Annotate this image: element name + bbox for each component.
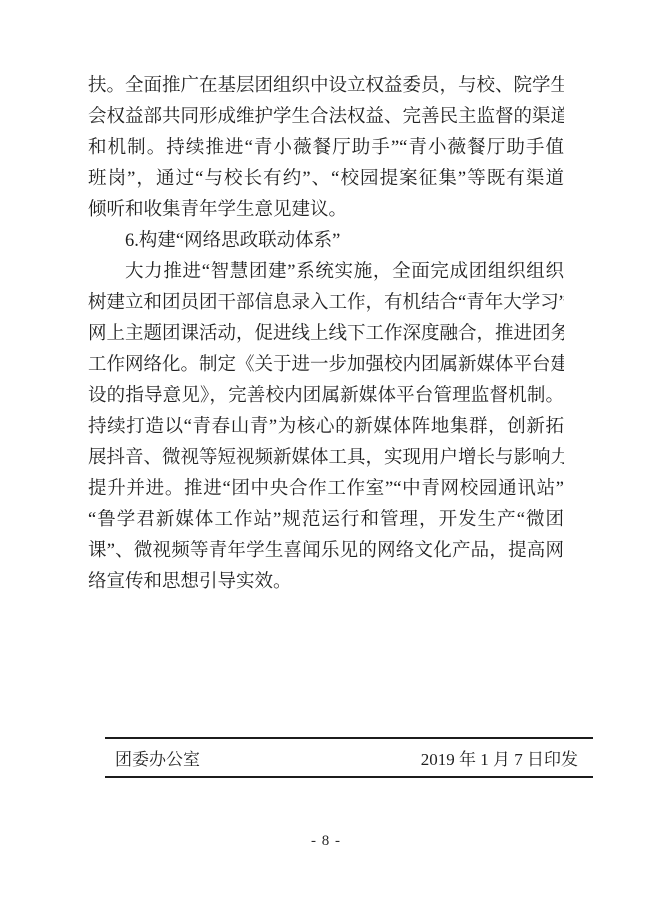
footer-rule-bottom — [105, 776, 593, 778]
body-line: 络宣传和思想引导实效。 — [88, 567, 564, 598]
page-number: - 8 - — [0, 833, 652, 850]
body-line: 扶。全面推广在基层团组织中设立权益委员，与校、院学生 — [88, 71, 564, 102]
body-line: 课”、微视频等青年学生喜闻乐见的网络文化产品，提高网 — [88, 536, 564, 567]
body-line: 展抖音、微视等短视频新媒体工具，实现用户增长与影响力 — [88, 443, 564, 474]
body-line: 网上主题团课活动，促进线上线下工作深度融合，推进团务 — [88, 319, 564, 350]
body-line: 会权益部共同形成维护学生合法权益、完善民主监督的渠道 — [88, 102, 564, 133]
document-page: 扶。全面推广在基层团组织中设立权益委员，与校、院学生 会权益部共同形成维护学生合… — [0, 0, 652, 921]
body-line: 倾听和收集青年学生意见建议。 — [88, 195, 564, 226]
document-body: 扶。全面推广在基层团组织中设立权益委员，与校、院学生 会权益部共同形成维护学生合… — [88, 71, 564, 598]
section-heading-6: 6.构建“网络思政联动体系” — [88, 226, 564, 257]
body-line: 大力推进“智慧团建”系统实施，全面完成团组织组织 — [88, 257, 564, 288]
body-line: 设的指导意见》，完善校内团属新媒体平台管理监督机制。 — [88, 381, 564, 412]
footer-print-date: 2019 年 1 月 7 日印发 — [421, 745, 578, 770]
body-line: 工作网络化。制定《关于进一步加强校内团属新媒体平台建 — [88, 350, 564, 381]
footer-row: 团委办公室 2019 年 1 月 7 日印发 — [105, 739, 593, 776]
body-line: 和机制。持续推进“青小薇餐厅助手”“青小薇餐厅助手值 — [88, 133, 564, 164]
body-line: “鲁学君新媒体工作站”规范运行和管理，开发生产“微团 — [88, 505, 564, 536]
footer-issuer: 团委办公室 — [115, 745, 200, 770]
body-line: 树建立和团员团干部信息录入工作，有机结合“青年大学习” — [88, 288, 564, 319]
body-line: 持续打造以“青春山青”为核心的新媒体阵地集群，创新拓 — [88, 412, 564, 443]
body-line: 班岗”，通过“与校长有约”、“校园提案征集”等既有渠道 — [88, 164, 564, 195]
body-line: 提升并进。推进“团中央合作工作室”“中青网校园通讯站” — [88, 474, 564, 505]
